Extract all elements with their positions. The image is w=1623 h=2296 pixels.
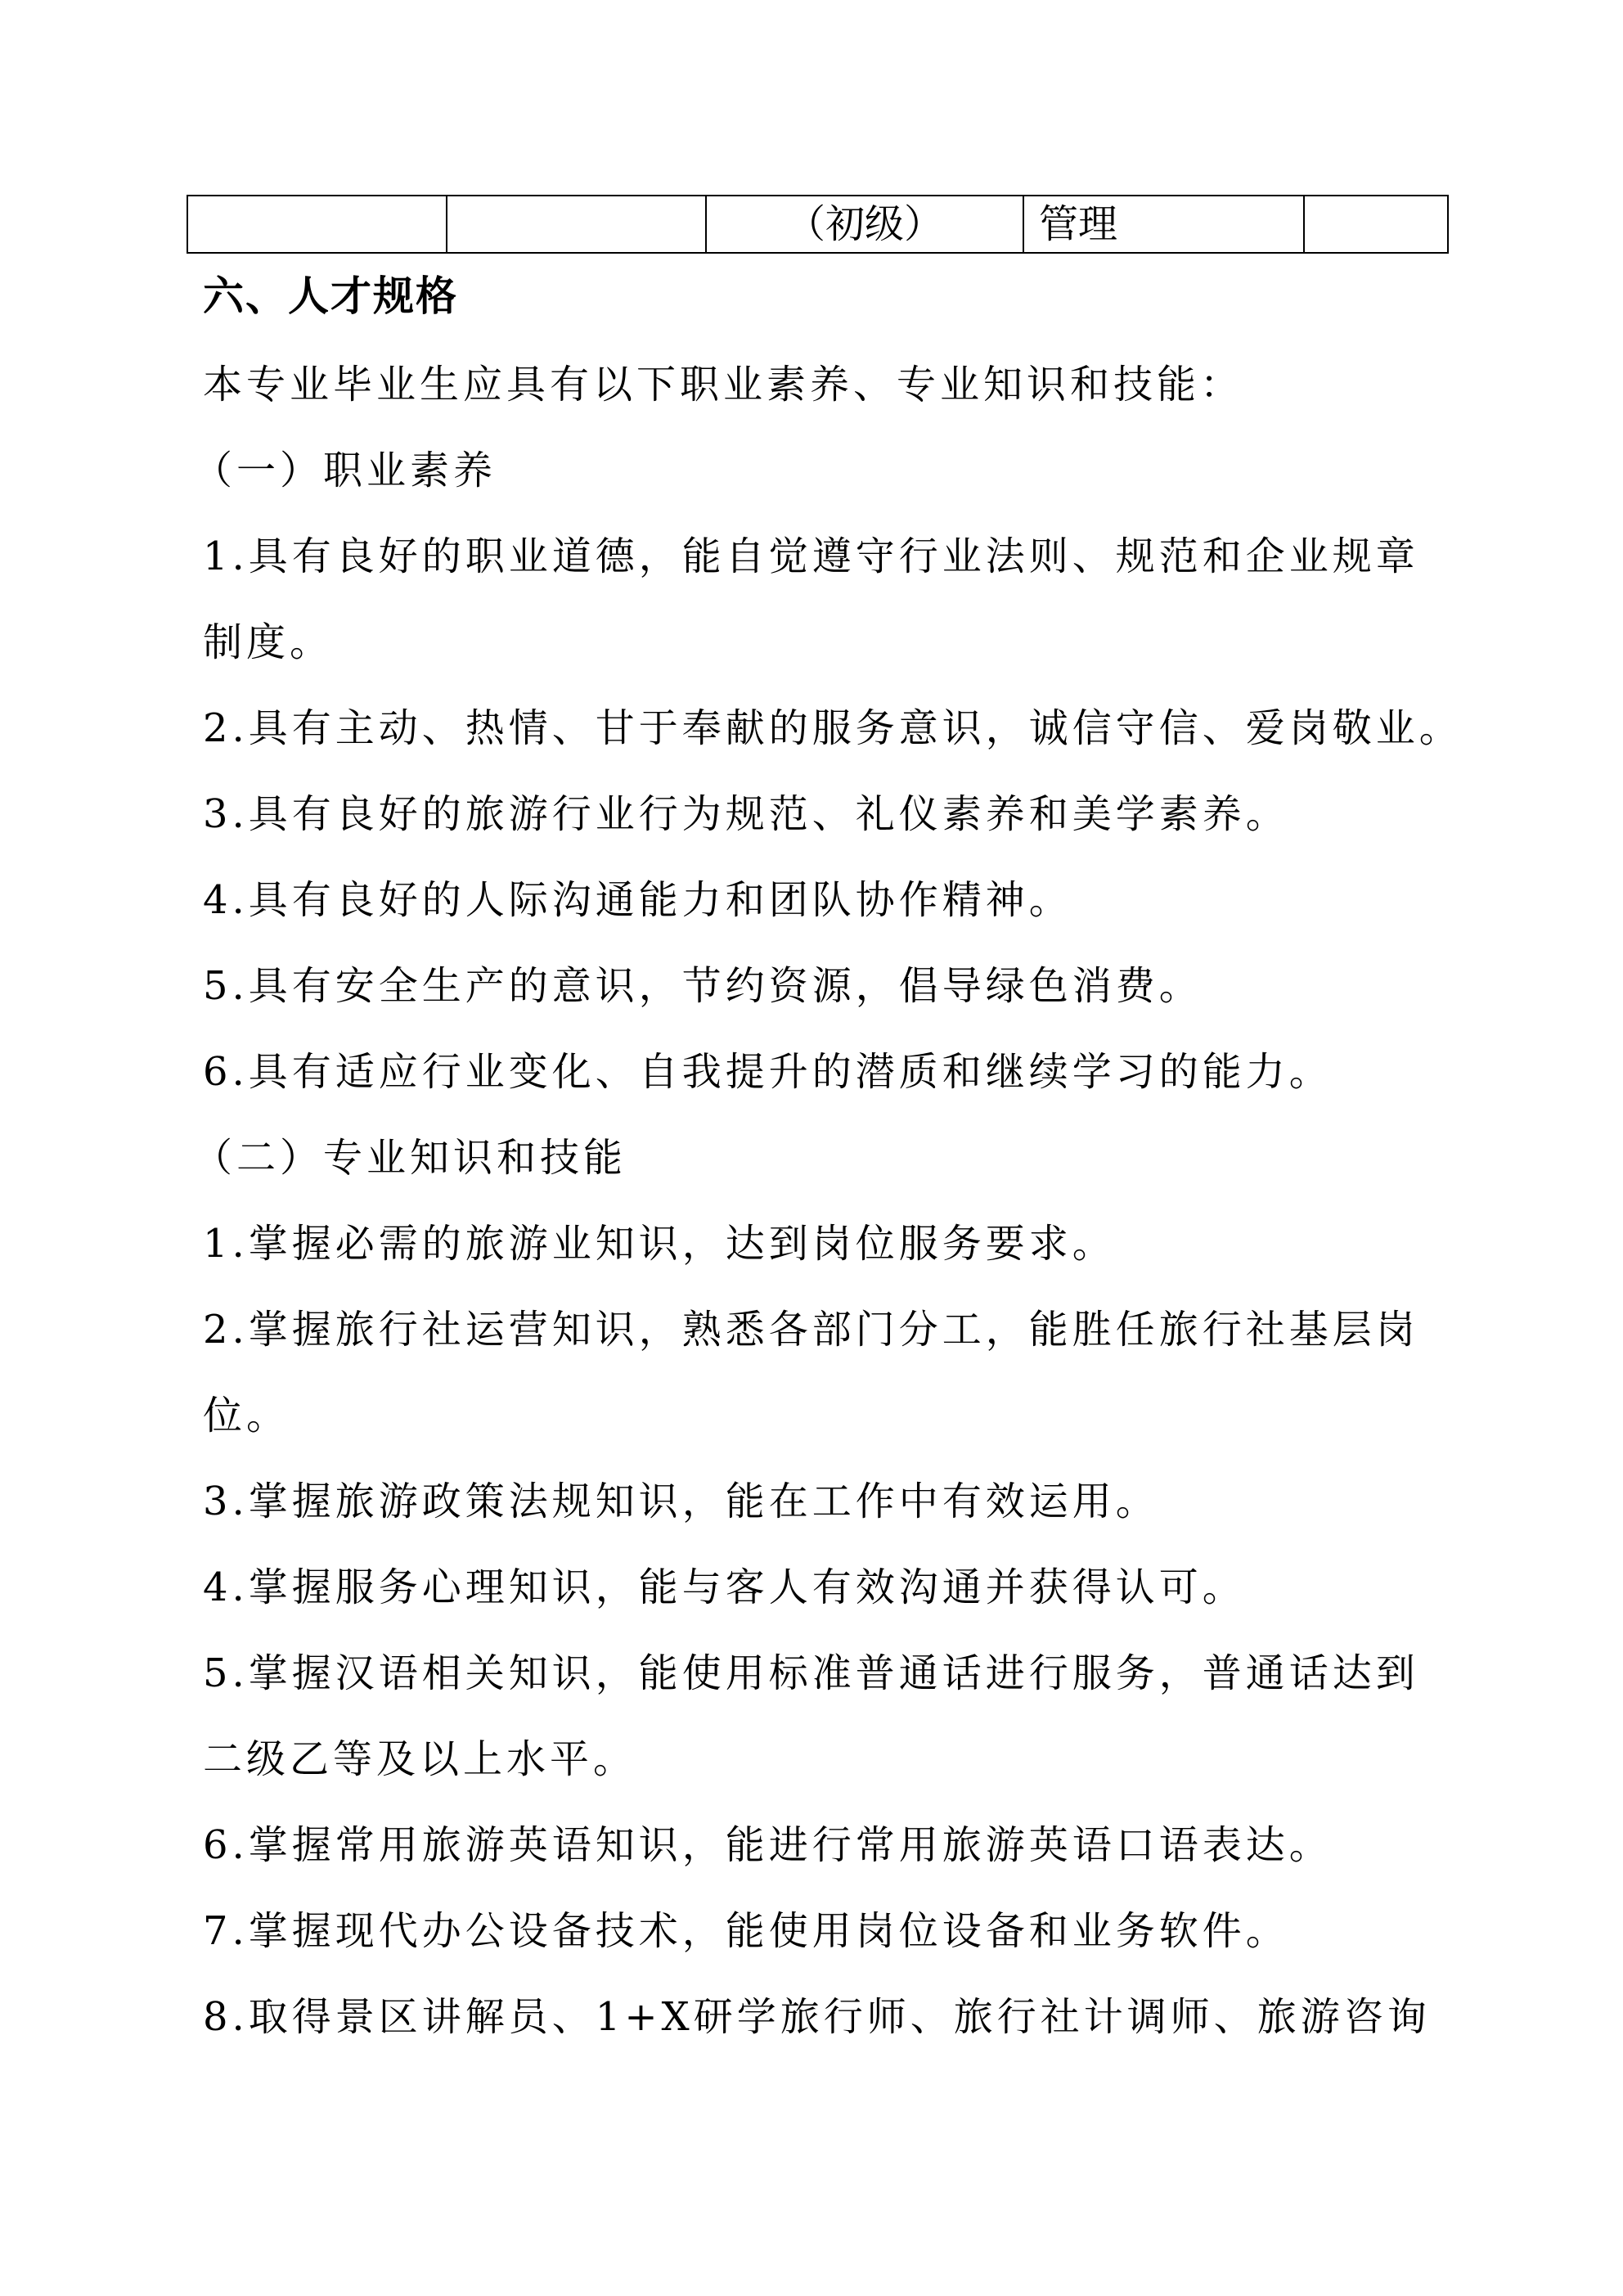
list-item-continuation: 位。: [203, 1391, 290, 1440]
list-item: 2.具有主动、热情、甘于奉献的服务意识，诚信守信、爱岗敬业。: [203, 704, 1463, 753]
list-item: 2.掌握旅行社运营知识，熟悉各部门分工，能胜任旅行社基层岗: [203, 1305, 1419, 1354]
table-cell: [1304, 196, 1448, 253]
list-item: 6.具有适应行业变化、自我提升的潜质和继续学习的能力。: [203, 1047, 1333, 1096]
list-item: 7.掌握现代办公设备技术，能使用岗位设备和业务软件。: [203, 1907, 1289, 1956]
list-item: 6.掌握常用旅游英语知识，能进行常用旅游英语口语表达。: [203, 1821, 1333, 1870]
list-item: 3.具有良好的旅游行业行为规范、礼仪素养和美学素养。: [203, 790, 1289, 839]
table-row: （初级） 管理: [187, 196, 1448, 253]
list-item: 8.取得景区讲解员、1+X研学旅行师、旅行社计调师、旅游咨询: [203, 1992, 1431, 2042]
table-continuation: （初级） 管理: [187, 195, 1449, 254]
list-item: 5.掌握汉语相关知识，能使用标准普通话进行服务，普通话达到: [203, 1649, 1419, 1698]
section-title: 六、人才规格: [203, 272, 458, 321]
table-cell: [187, 196, 447, 253]
list-item-continuation: 二级乙等及以上水平。: [203, 1735, 636, 1784]
list-item: 3.掌握旅游政策法规知识，能在工作中有效运用。: [203, 1477, 1159, 1526]
document-page: （初级） 管理 六、人才规格 本专业毕业生应具有以下职业素养、专业知识和技能： …: [0, 0, 1623, 2296]
section-intro: 本专业毕业生应具有以下职业素养、专业知识和技能：: [203, 360, 1243, 409]
subsection-heading: （一）职业素养: [193, 446, 497, 495]
table-cell: 管理: [1023, 196, 1304, 253]
table-cell: （初级）: [706, 196, 1023, 253]
list-item: 1.具有良好的职业道德，能自觉遵守行业法则、规范和企业规章: [203, 532, 1419, 581]
table-cell: [447, 196, 706, 253]
list-item-continuation: 制度。: [203, 618, 333, 667]
subsection-heading: （二）专业知识和技能: [193, 1133, 627, 1182]
list-item: 4.掌握服务心理知识，能与客人有效沟通并获得认可。: [203, 1563, 1246, 1612]
list-item: 4.具有良好的人际沟通能力和团队协作精神。: [203, 876, 1072, 925]
list-item: 1.掌握必需的旅游业知识，达到岗位服务要求。: [203, 1219, 1116, 1268]
list-item: 5.具有安全生产的意识，节约资源，倡导绿色消费。: [203, 961, 1203, 1011]
